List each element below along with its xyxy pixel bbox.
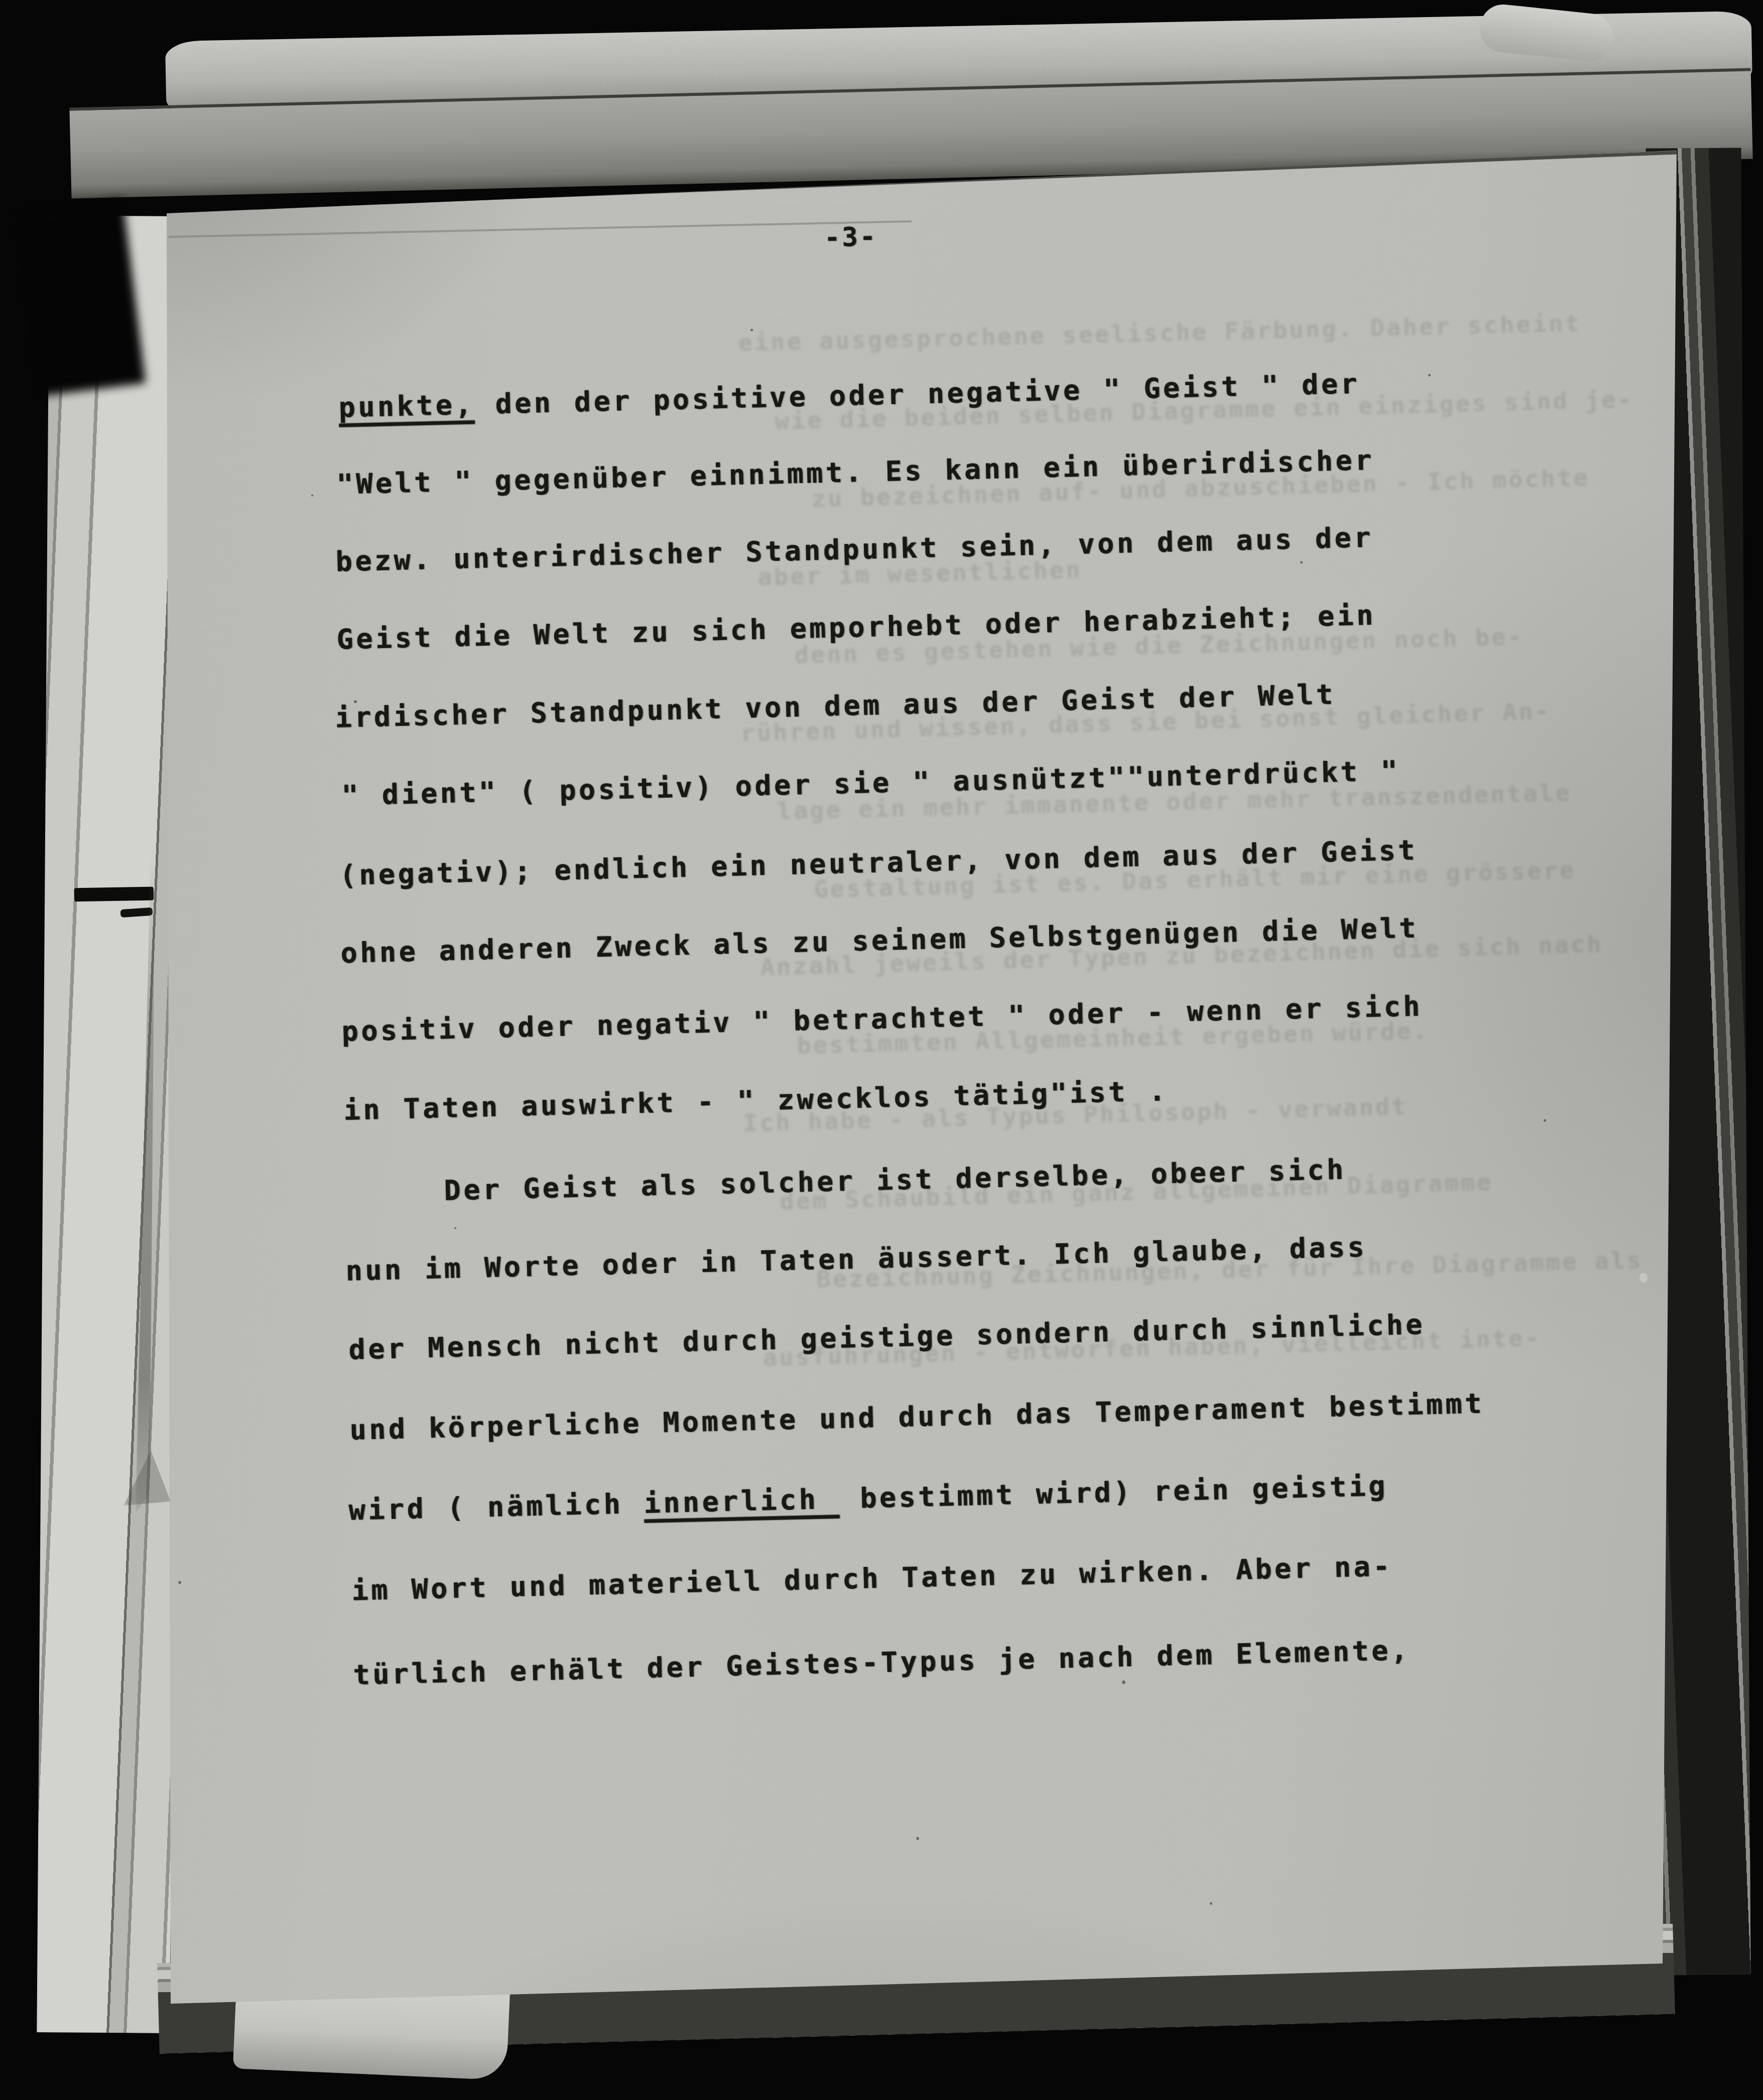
- shadow-wedge-left: [13, 199, 145, 397]
- fastener-mark: [74, 887, 154, 902]
- sheet-stack-left-edges: [37, 215, 182, 2033]
- typewritten-page: eine ausgesprochene seelische Färbung. D…: [0, 0, 1763, 2100]
- scanned-document-photo: eine ausgesprochene seelische Färbung. D…: [0, 0, 1763, 2100]
- paper-grain-texture: [0, 0, 1763, 2100]
